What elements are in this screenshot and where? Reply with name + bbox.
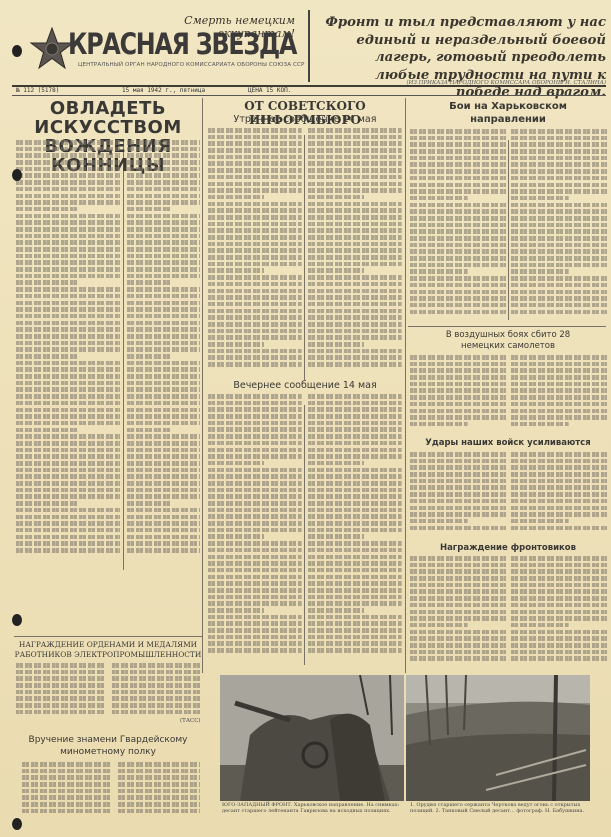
text-line	[118, 762, 200, 767]
text-line	[208, 195, 264, 200]
text-line	[16, 167, 120, 172]
front-awards-text-col1	[410, 556, 506, 666]
text-line	[16, 361, 120, 366]
text-line	[16, 307, 120, 312]
text-line	[16, 663, 106, 668]
text-line	[308, 601, 402, 606]
text-line	[127, 367, 200, 372]
text-line	[112, 690, 200, 695]
banner-text-col2	[118, 762, 200, 818]
text-line	[410, 256, 506, 261]
text-line	[112, 696, 200, 701]
text-line	[127, 287, 200, 292]
text-line	[208, 394, 302, 399]
text-line	[511, 452, 607, 457]
column-divider	[304, 405, 305, 665]
text-line	[410, 142, 506, 147]
text-line	[127, 448, 200, 453]
text-line	[127, 461, 200, 466]
text-line	[308, 161, 402, 166]
text-line	[127, 260, 200, 265]
text-line	[127, 147, 200, 152]
text-line	[127, 321, 200, 326]
text-line	[118, 775, 200, 780]
text-line	[208, 581, 302, 586]
text-line	[511, 415, 607, 420]
tass-credit: (ТАСС)	[180, 718, 201, 724]
text-line	[208, 349, 302, 354]
photo-artillery-crew	[220, 675, 404, 801]
orders-headline-line1: НАГРАЖДЕНИЕ ОРДЕНАМИ И МЕДАЛЯМИ	[14, 640, 202, 650]
text-line	[16, 515, 120, 520]
text-line	[511, 589, 607, 594]
text-line	[308, 514, 402, 519]
text-line	[410, 169, 506, 174]
text-line	[410, 156, 506, 161]
text-line	[208, 282, 302, 287]
kharkov-headline-line1: Бои на Харьковском	[408, 100, 608, 113]
text-line	[308, 434, 402, 439]
text-line	[511, 643, 607, 648]
text-line	[410, 395, 506, 400]
text-line	[16, 301, 120, 306]
text-line	[410, 409, 506, 414]
text-line	[208, 168, 302, 173]
text-line	[16, 247, 120, 252]
text-line	[511, 243, 607, 248]
text-line	[22, 782, 112, 787]
text-line	[308, 414, 402, 419]
text-line	[16, 454, 120, 459]
text-line	[308, 302, 402, 307]
masthead-rule	[12, 85, 606, 87]
text-line	[16, 474, 120, 479]
text-line	[410, 422, 468, 427]
text-line	[308, 568, 402, 573]
column-divider	[304, 135, 305, 380]
text-line	[511, 229, 607, 234]
text-line	[16, 341, 120, 346]
text-line	[308, 615, 402, 620]
text-line	[127, 421, 200, 426]
text-line	[16, 334, 120, 339]
text-line	[127, 180, 200, 185]
text-line	[16, 280, 78, 285]
text-line	[511, 506, 607, 511]
text-line	[511, 636, 607, 641]
air-headline-line1: В воздушных боях сбито 28	[408, 330, 608, 341]
text-line	[127, 488, 200, 493]
banner-headline: Вручение знамени Гвардейскому минометном…	[14, 734, 202, 758]
text-line	[127, 374, 200, 379]
text-line	[16, 441, 120, 446]
evening-text-col2	[308, 394, 402, 664]
text-line	[16, 321, 120, 326]
text-line	[410, 650, 506, 655]
text-line	[511, 223, 607, 228]
text-line	[410, 310, 506, 315]
text-line	[127, 468, 200, 473]
orders-headline: НАГРАЖДЕНИЕ ОРДЕНАМИ И МЕДАЛЯМИ РАБОТНИК…	[14, 640, 202, 660]
text-line	[208, 561, 302, 566]
text-line	[410, 569, 506, 574]
text-line	[410, 136, 506, 141]
text-line	[16, 448, 120, 453]
text-line	[208, 494, 302, 499]
text-line	[16, 494, 120, 499]
banner-text-col1	[22, 762, 112, 818]
text-line	[208, 401, 302, 406]
text-line	[308, 295, 402, 300]
text-line	[410, 596, 506, 601]
text-line	[16, 408, 120, 413]
text-line	[511, 616, 607, 621]
text-line	[16, 260, 120, 265]
text-line	[127, 167, 200, 172]
text-line	[410, 209, 506, 214]
text-line	[410, 492, 506, 497]
text-line	[208, 588, 302, 593]
text-line	[308, 581, 402, 586]
text-line	[22, 762, 112, 767]
text-line	[410, 283, 506, 288]
text-line	[16, 220, 120, 225]
text-line	[208, 461, 264, 466]
text-line	[208, 342, 264, 347]
text-line	[511, 296, 607, 301]
text-line	[511, 149, 607, 154]
text-line	[308, 128, 402, 133]
text-line	[127, 361, 200, 366]
text-line	[127, 501, 171, 506]
text-line	[308, 322, 402, 327]
text-line	[308, 555, 402, 560]
text-line	[118, 789, 200, 794]
text-line	[410, 162, 506, 167]
text-line	[308, 141, 402, 146]
text-line	[127, 414, 200, 419]
newspaper-title: КРАСНАЯ ЗВЕЗДА	[68, 27, 296, 61]
text-line	[410, 563, 506, 568]
text-line	[112, 670, 200, 675]
text-line	[208, 215, 302, 220]
text-line	[127, 234, 200, 239]
text-line	[22, 775, 112, 780]
text-line	[22, 789, 112, 794]
text-line	[208, 414, 302, 419]
text-line	[208, 295, 302, 300]
orders-headline-line2: РАБОТНИКОВ ЭЛЕКТРОПРОМЫШЛЕННОСТИ	[14, 650, 202, 660]
text-line	[16, 521, 120, 526]
text-line	[127, 441, 200, 446]
text-line	[410, 479, 506, 484]
text-line	[308, 648, 402, 653]
text-line	[511, 499, 607, 504]
morning-report-subhead: Утреннее сообщение 14 мая	[206, 114, 404, 125]
text-line	[16, 227, 120, 232]
text-line	[127, 160, 200, 165]
text-line	[308, 195, 364, 200]
binder-hole	[12, 45, 22, 57]
text-line	[16, 187, 120, 192]
text-line	[208, 355, 302, 360]
text-line	[208, 275, 302, 280]
text-line	[410, 643, 506, 648]
text-line	[308, 421, 402, 426]
text-line	[208, 228, 302, 233]
text-line	[16, 287, 120, 292]
text-line	[118, 782, 200, 787]
text-line	[16, 548, 120, 553]
text-line	[127, 254, 200, 259]
text-line	[112, 683, 200, 688]
text-line	[16, 234, 120, 239]
text-line	[511, 465, 607, 470]
text-line	[410, 583, 506, 588]
text-line	[16, 381, 120, 386]
text-line	[308, 494, 402, 499]
text-line	[308, 135, 402, 140]
text-line	[511, 276, 607, 281]
text-line	[16, 488, 120, 493]
text-line	[208, 434, 302, 439]
text-line	[308, 155, 402, 160]
text-line	[511, 196, 569, 201]
text-line	[308, 595, 402, 600]
photo-forest-guns	[406, 675, 590, 801]
text-line	[112, 710, 200, 715]
text-line	[511, 169, 607, 174]
front-awards-text-col2	[511, 556, 607, 666]
text-line	[308, 481, 402, 486]
text-line	[208, 468, 302, 473]
text-line	[16, 703, 106, 708]
text-line	[16, 153, 120, 158]
text-line	[127, 381, 200, 386]
text-line	[511, 129, 607, 134]
photo-caption-right: 1. Орудия старшего сержанта Черткова вед…	[410, 802, 590, 814]
text-line	[410, 189, 506, 194]
text-line	[308, 242, 402, 247]
text-line	[511, 569, 607, 574]
text-line	[410, 368, 506, 373]
text-line	[511, 375, 607, 380]
text-line	[208, 635, 302, 640]
text-line	[308, 202, 402, 207]
newspaper-page: Смерть немецким оккупантам! КРАСНАЯ ЗВЕЗ…	[0, 0, 611, 837]
text-line	[208, 481, 302, 486]
text-line	[127, 508, 200, 513]
text-line	[308, 561, 402, 566]
text-line	[410, 526, 506, 531]
air-text-col2	[511, 355, 607, 430]
text-line	[16, 434, 120, 439]
text-line	[127, 521, 200, 526]
text-line	[308, 621, 402, 626]
banner-headline-line2: минометному полку	[14, 746, 202, 758]
text-line	[16, 173, 120, 178]
text-line	[208, 615, 302, 620]
text-line	[16, 535, 120, 540]
text-line	[208, 508, 302, 513]
text-line	[410, 630, 506, 635]
text-line	[16, 387, 120, 392]
text-line	[308, 349, 402, 354]
text-line	[208, 155, 302, 160]
text-line	[127, 548, 200, 553]
strikes-headline: Удары наших войск усиливаются	[408, 438, 608, 448]
editorial-headline-line1: ОВЛАДЕТЬ ИСКУССТВОМ	[14, 99, 202, 137]
text-line	[208, 575, 302, 580]
text-line	[511, 256, 607, 261]
text-line	[511, 576, 607, 581]
text-line	[127, 454, 200, 459]
text-line	[16, 421, 120, 426]
text-line	[308, 362, 402, 367]
text-line	[410, 452, 506, 457]
text-line	[208, 568, 302, 573]
text-line	[127, 347, 200, 352]
text-line	[16, 501, 78, 506]
text-line	[127, 434, 200, 439]
text-line	[511, 303, 607, 308]
text-line	[410, 263, 506, 268]
text-line	[208, 541, 302, 546]
text-line	[511, 485, 607, 490]
text-line	[112, 663, 200, 668]
text-line	[118, 795, 200, 800]
issue-number: № 112 (5178)	[16, 87, 59, 94]
text-line	[308, 441, 402, 446]
text-line	[16, 508, 120, 513]
text-line	[308, 394, 402, 399]
text-line	[208, 362, 302, 367]
text-line	[308, 262, 402, 267]
text-line	[410, 183, 506, 188]
text-line	[511, 563, 607, 568]
text-line	[16, 147, 120, 152]
kharkov-text-col1	[410, 129, 506, 325]
section-rule	[408, 326, 606, 327]
text-line	[410, 499, 506, 504]
text-line	[127, 227, 200, 232]
text-line	[308, 342, 364, 347]
text-line	[127, 240, 200, 245]
text-line	[208, 528, 302, 533]
text-line	[208, 255, 302, 260]
text-line	[410, 296, 506, 301]
text-line	[410, 465, 506, 470]
text-line	[308, 208, 402, 213]
column-divider	[123, 140, 124, 570]
text-line	[208, 222, 302, 227]
masthead-subtitle: ЦЕНТРАЛЬНЫЙ ОРГАН НАРОДНОГО КОМИССАРИАТА…	[78, 62, 305, 68]
text-line	[511, 519, 569, 524]
column-divider	[202, 98, 203, 673]
text-line	[410, 236, 506, 241]
issue-date: 15 мая 1942 г., пятница	[122, 87, 205, 94]
text-line	[208, 448, 302, 453]
kharkov-headline: Бои на Харьковском направлении	[408, 100, 608, 126]
text-line	[16, 428, 78, 433]
text-line	[208, 175, 302, 180]
text-line	[16, 461, 120, 466]
editorial-text-col1	[16, 140, 120, 570]
text-line	[511, 422, 569, 427]
text-line	[308, 228, 402, 233]
text-line	[127, 474, 200, 479]
text-line	[410, 556, 506, 561]
text-line	[308, 175, 402, 180]
text-line	[308, 548, 402, 553]
text-line	[308, 215, 402, 220]
text-line	[410, 589, 506, 594]
text-line	[511, 368, 607, 373]
text-line	[127, 535, 200, 540]
text-line	[16, 294, 120, 299]
text-line	[127, 267, 200, 272]
stalin-quote: Фронт и тыл представляют у нас единый и …	[318, 14, 606, 102]
text-line	[308, 528, 402, 533]
text-line	[22, 795, 112, 800]
text-line	[208, 474, 302, 479]
evening-report-subhead: Вечернее сообщение 14 мая	[206, 380, 404, 391]
text-line	[308, 275, 402, 280]
text-line	[308, 521, 402, 526]
text-line	[16, 160, 120, 165]
text-line	[308, 461, 364, 466]
text-line	[308, 401, 402, 406]
text-line	[127, 354, 171, 359]
text-line	[410, 415, 506, 420]
kharkov-headline-line2: направлении	[408, 113, 608, 126]
text-line	[511, 249, 607, 254]
text-line	[308, 635, 402, 640]
text-line	[511, 556, 607, 561]
text-line	[118, 802, 200, 807]
text-line	[511, 583, 607, 588]
text-line	[118, 809, 200, 814]
text-line	[511, 623, 569, 628]
text-line	[208, 248, 302, 253]
text-line	[511, 142, 607, 147]
text-line	[410, 506, 506, 511]
text-line	[127, 528, 200, 533]
text-line	[16, 401, 120, 406]
section-rule	[14, 636, 202, 637]
text-line	[511, 479, 607, 484]
text-line	[16, 327, 120, 332]
text-line	[308, 474, 402, 479]
morning-text-col1	[208, 128, 302, 373]
air-text-col1	[410, 355, 506, 430]
text-line	[308, 235, 402, 240]
text-line	[208, 208, 302, 213]
text-line	[308, 588, 402, 593]
text-line	[511, 492, 607, 497]
text-line	[410, 576, 506, 581]
text-line	[511, 176, 607, 181]
text-line	[511, 526, 607, 531]
text-line	[16, 670, 106, 675]
photo-caption-left: ЮГО-ЗАПАДНЫЙ ФРОНТ. Харьковское направле…	[222, 802, 408, 814]
text-line	[511, 216, 607, 221]
text-line	[410, 472, 506, 477]
text-line	[308, 501, 402, 506]
text-line	[16, 468, 120, 473]
text-line	[16, 394, 120, 399]
text-line	[127, 301, 200, 306]
